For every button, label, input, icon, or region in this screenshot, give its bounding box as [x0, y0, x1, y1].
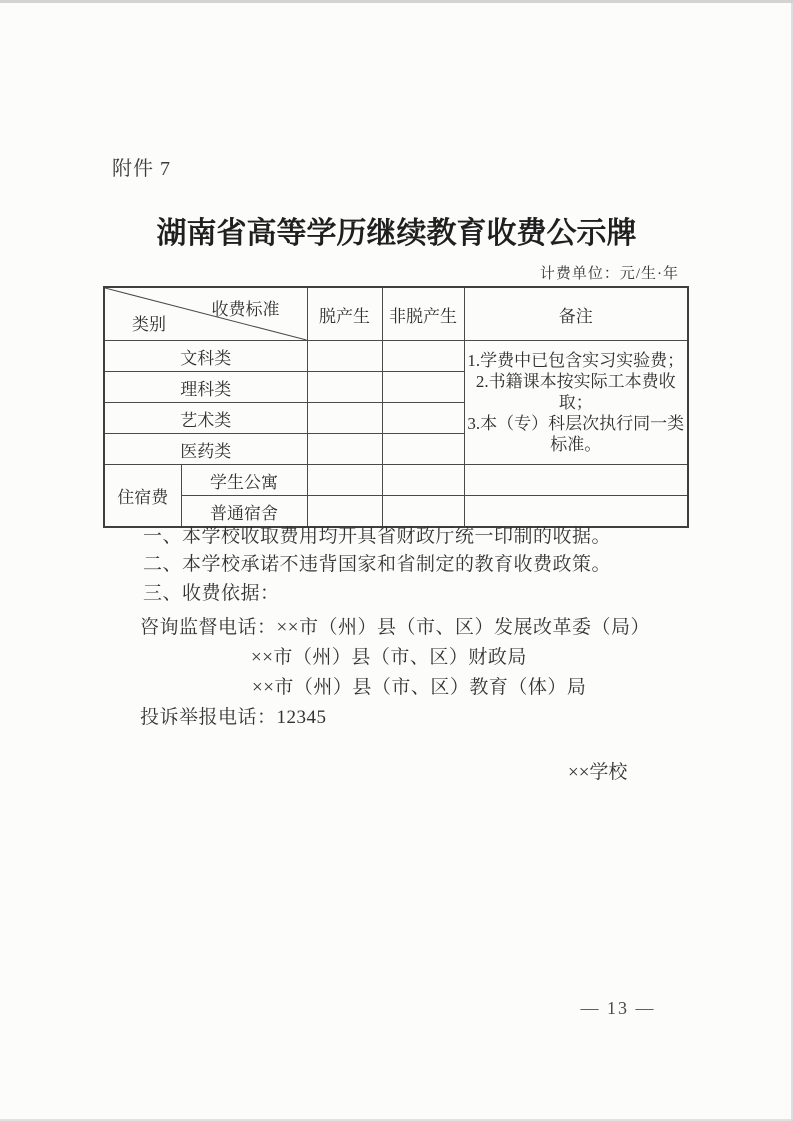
- supervision-phone-value-1: ××市（州）县（市、区）发展改革委（局）: [277, 617, 650, 638]
- table-header-row: 收费标准 类别 脱产生 非脱产生 备注: [104, 287, 688, 341]
- page-number: — 13 —: [558, 998, 678, 1019]
- supervision-phone-value-3: ××市（州）县（市、区）教育（体）局: [252, 672, 586, 699]
- supervision-phone-value-2: ××市（州）县（市、区）财政局: [251, 642, 527, 669]
- supervision-phone-line: 咨询监督电话：××市（州）县（市、区）发展改革委（局）: [140, 612, 650, 639]
- remark-line: 3.本（专）科层次执行同一类标准。: [465, 413, 688, 455]
- note-line-2: 二、本学校承诺不违背国家和省制定的教育收费政策。: [143, 551, 611, 579]
- column-header-remarks: 备注: [464, 287, 688, 341]
- accommodation-group-cell: 住宿费: [104, 465, 181, 528]
- fee-cell-empty: [382, 341, 464, 372]
- table-row-liberal-arts: 文科类 1.学费中已包含实习实验费； 2.书籍课本按实际工本费收取； 3.本（专…: [104, 341, 688, 372]
- notes-block: 一、本学校收取费用均开具省财政厅统一印制的收据。 二、本学校承诺不违背国家和省制…: [143, 523, 611, 608]
- column-header-fulltime: 脱产生: [307, 287, 382, 341]
- fee-cell-empty: [382, 434, 464, 465]
- accommodation-sub-cell: 学生公寓: [181, 465, 307, 496]
- remarks-cell: 1.学费中已包含实习实验费； 2.书籍课本按实际工本费收取； 3.本（专）科层次…: [464, 341, 688, 465]
- fee-cell-empty: [307, 341, 382, 372]
- scanned-document-page: 附件 7 湖南省高等学历继续教育收费公示牌 计费单位：元/生·年 收费标准 类别…: [0, 0, 793, 1121]
- remark-line: 1.学费中已包含实习实验费；: [465, 350, 688, 371]
- attachment-label: 附件 7: [112, 152, 171, 181]
- category-cell: 艺术类: [104, 403, 307, 434]
- category-cell: 医药类: [104, 434, 307, 465]
- fee-cell-empty: [382, 403, 464, 434]
- fee-cell-empty: [307, 372, 382, 403]
- corner-label-fee-standard: 收费标准: [212, 295, 280, 320]
- fee-cell-empty: [307, 403, 382, 434]
- remarks-cell-empty: [464, 465, 688, 496]
- corner-label-category: 类别: [132, 310, 166, 335]
- complaint-phone-value: 12345: [277, 707, 327, 728]
- supervision-phone-label: 咨询监督电话：: [140, 617, 277, 638]
- column-header-parttime: 非脱产生: [382, 287, 464, 341]
- fee-table: 收费标准 类别 脱产生 非脱产生 备注 文科类 1.学费中已包含实习实验费； 2…: [103, 286, 689, 528]
- complaint-phone-label: 投诉举报电话：: [140, 707, 277, 728]
- fee-cell-empty: [382, 372, 464, 403]
- note-line-3: 三、收费依据：: [143, 580, 611, 608]
- fee-cell-empty: [307, 434, 382, 465]
- note-line-1: 一、本学校收取费用均开具省财政厅统一印制的收据。: [143, 523, 611, 551]
- fee-cell-empty: [382, 465, 464, 496]
- table-corner-cell: 收费标准 类别: [104, 287, 307, 341]
- remark-line: 2.书籍课本按实际工本费收取；: [465, 371, 688, 413]
- complaint-phone-line: 投诉举报电话：12345: [140, 702, 327, 729]
- billing-unit-note: 计费单位：元/生·年: [540, 262, 679, 283]
- category-cell: 理科类: [104, 372, 307, 403]
- document-title: 湖南省高等学历继续教育收费公示牌: [0, 208, 793, 252]
- fee-cell-empty: [307, 465, 382, 496]
- scan-artifact-top-edge: [0, 0, 793, 3]
- category-cell: 文科类: [104, 341, 307, 372]
- table-row-student-apartment: 住宿费 学生公寓: [104, 465, 688, 496]
- school-signature: ××学校: [568, 757, 627, 784]
